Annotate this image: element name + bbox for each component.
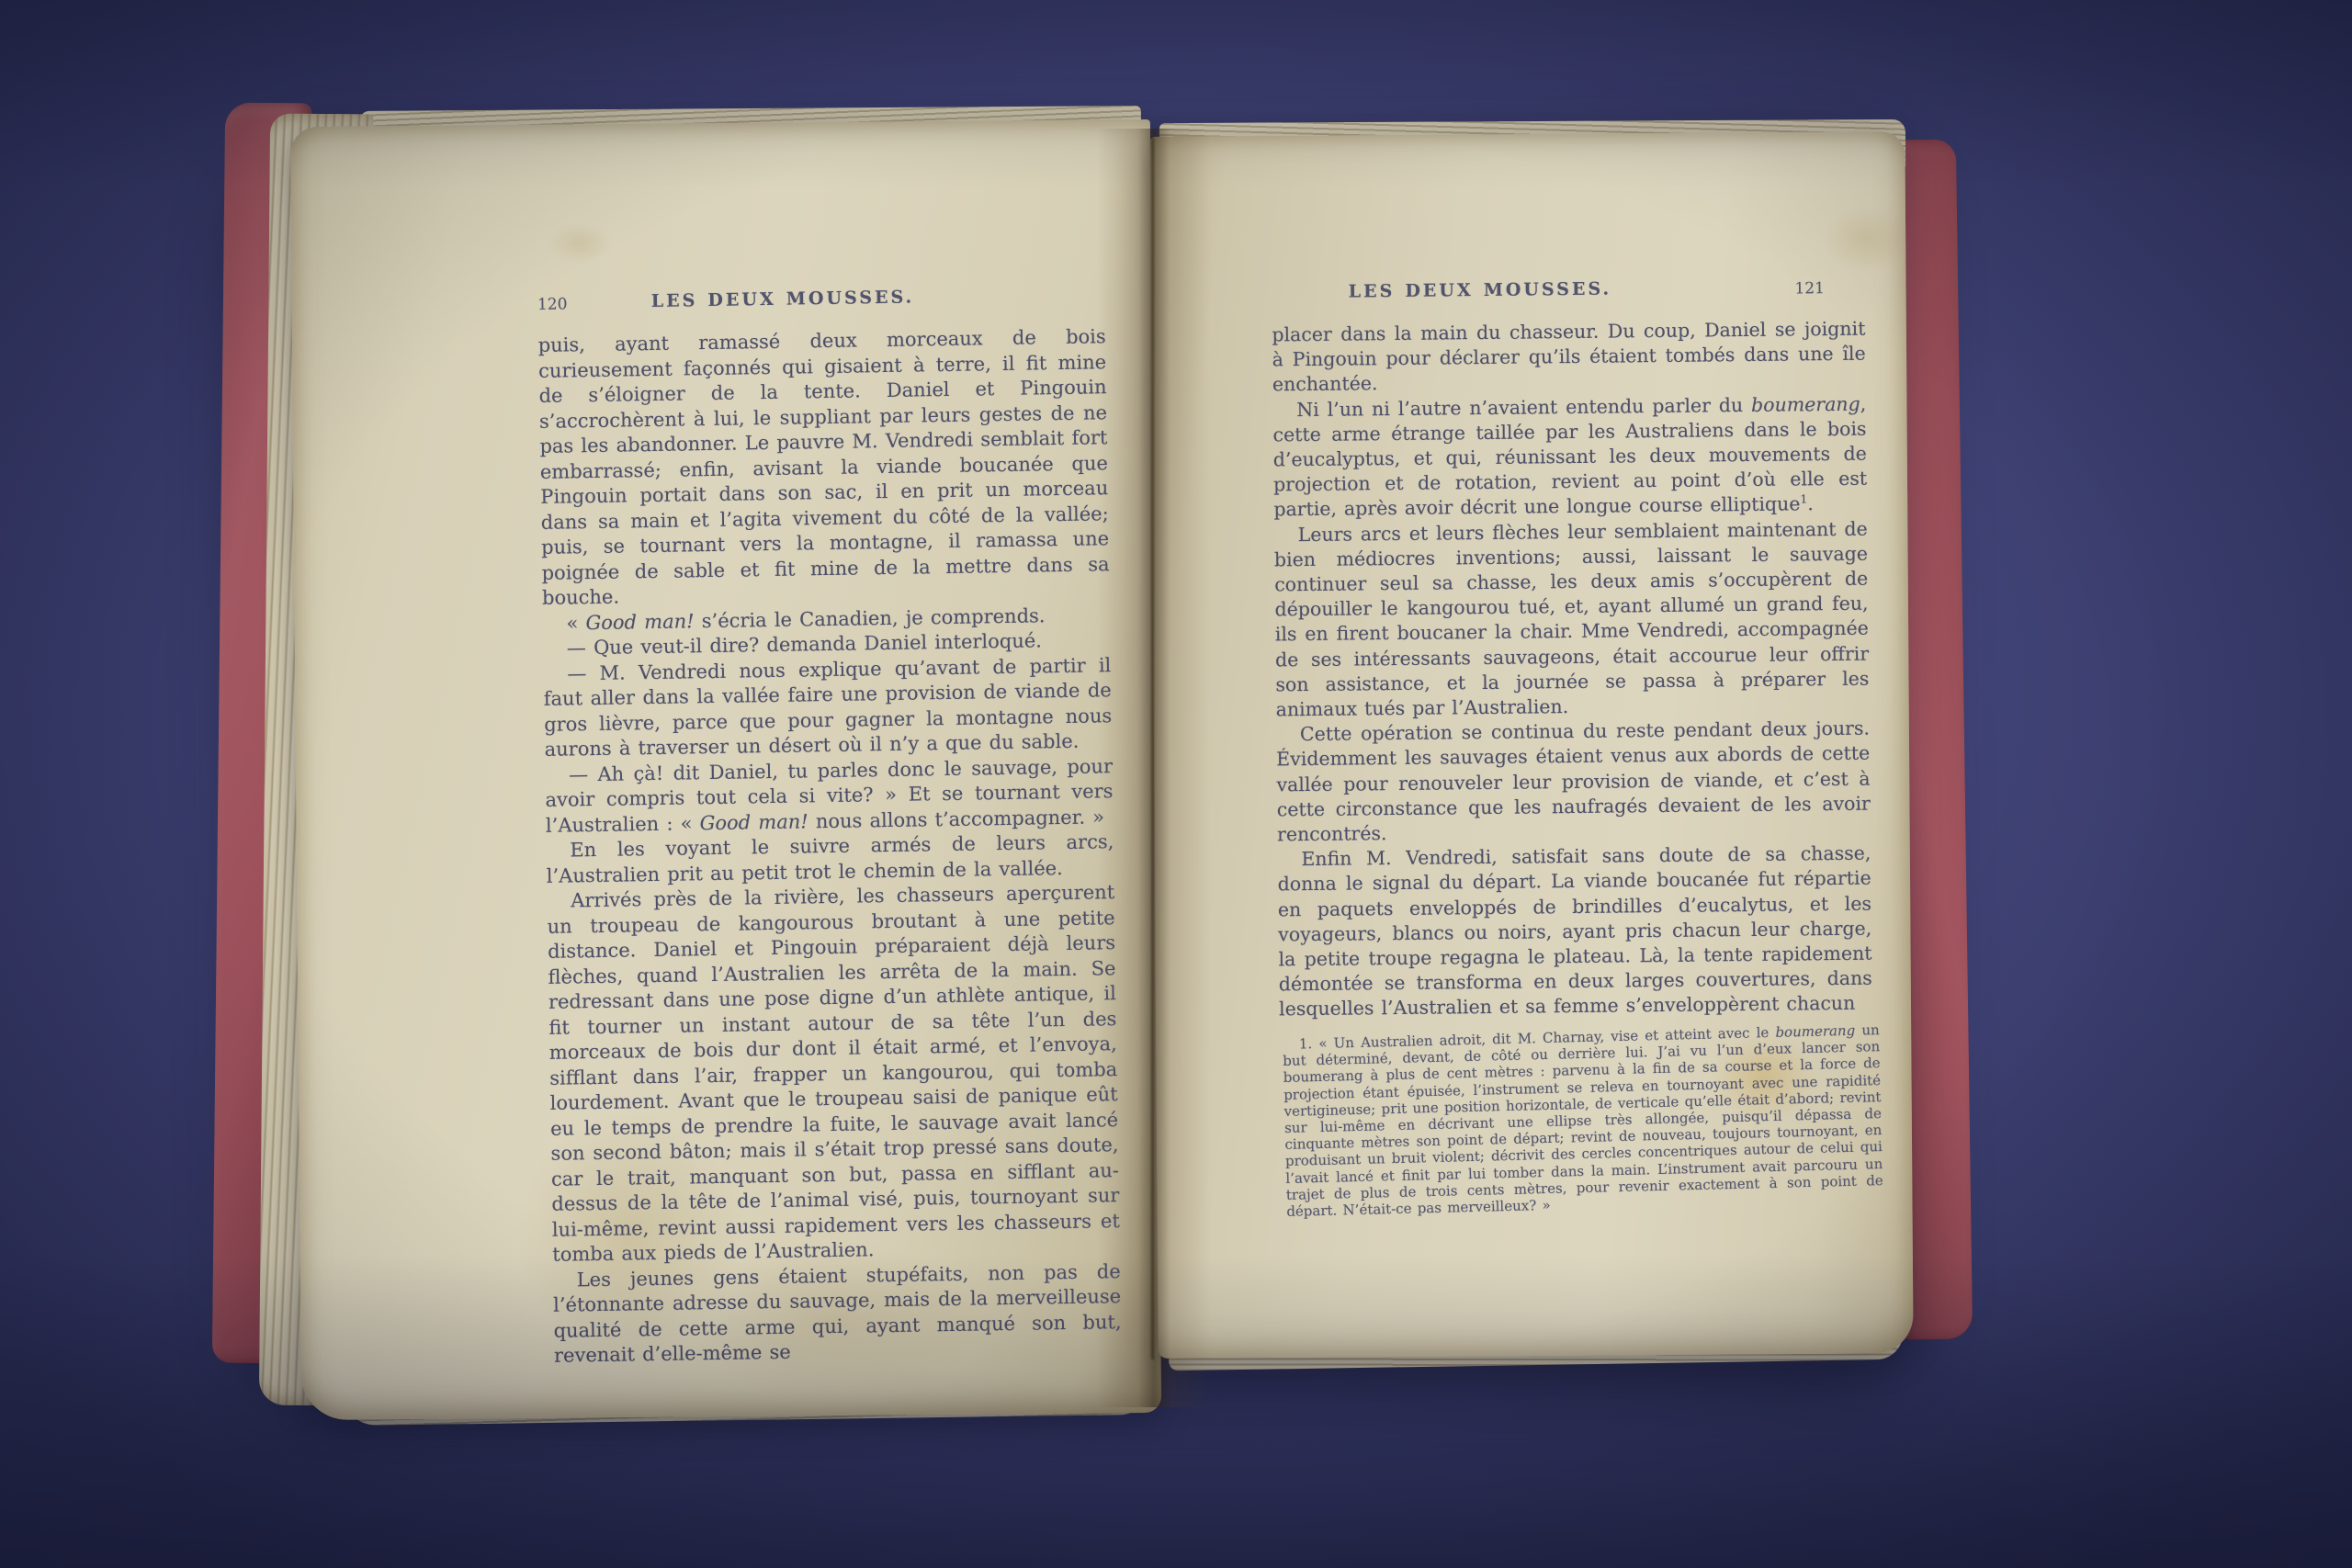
paragraph: placer dans la main du chasseur. Du coup… <box>1272 317 1866 398</box>
right-page-number: 121 <box>1794 279 1825 298</box>
paragraph: Ni l’un ni l’autre n’avaient entendu par… <box>1272 391 1867 523</box>
right-page-content: LES DEUX MOUSSES. 121 placer dans la mai… <box>1272 276 1872 1022</box>
paragraph: 1. « Un Australien adroit, dit M. Charna… <box>1283 1021 1884 1220</box>
footnote: 1. « Un Australien adroit, dit M. Charna… <box>1283 1021 1884 1220</box>
paragraph: — M. Vendredi nous explique qu’avant de … <box>543 653 1113 763</box>
paragraph: Les jeunes gens étaient stupéfaits, non … <box>553 1259 1123 1370</box>
paragraph: Arrivés près de la rivière, les chasseur… <box>547 880 1120 1268</box>
right-page-header: LES DEUX MOUSSES. 121 <box>1272 276 1865 310</box>
paragraph: — Ah çà! dit Daniel, tu parles donc le s… <box>545 754 1114 839</box>
paragraph: Enfin M. Vendredi, satisfait sans doute … <box>1277 841 1872 1022</box>
paragraph: En les voyant le suivre armés de leurs a… <box>546 829 1114 889</box>
paragraph: puis, ayant ramassé deux morceaux de boi… <box>538 324 1111 611</box>
left-page-text: puis, ayant ramassé deux morceaux de boi… <box>538 324 1123 1369</box>
left-page-content: 120 LES DEUX MOUSSES. puis, ayant ramass… <box>537 284 1122 1369</box>
book-gutter-crease <box>1151 138 1154 1359</box>
paragraph: Leurs arcs et leurs flèches leur semblai… <box>1274 516 1870 722</box>
right-page-text: placer dans la main du chasseur. Du coup… <box>1272 317 1872 1022</box>
photo-background: 120 LES DEUX MOUSSES. puis, ayant ramass… <box>0 0 2352 1568</box>
paragraph: Cette opération se continua du reste pen… <box>1276 716 1871 848</box>
